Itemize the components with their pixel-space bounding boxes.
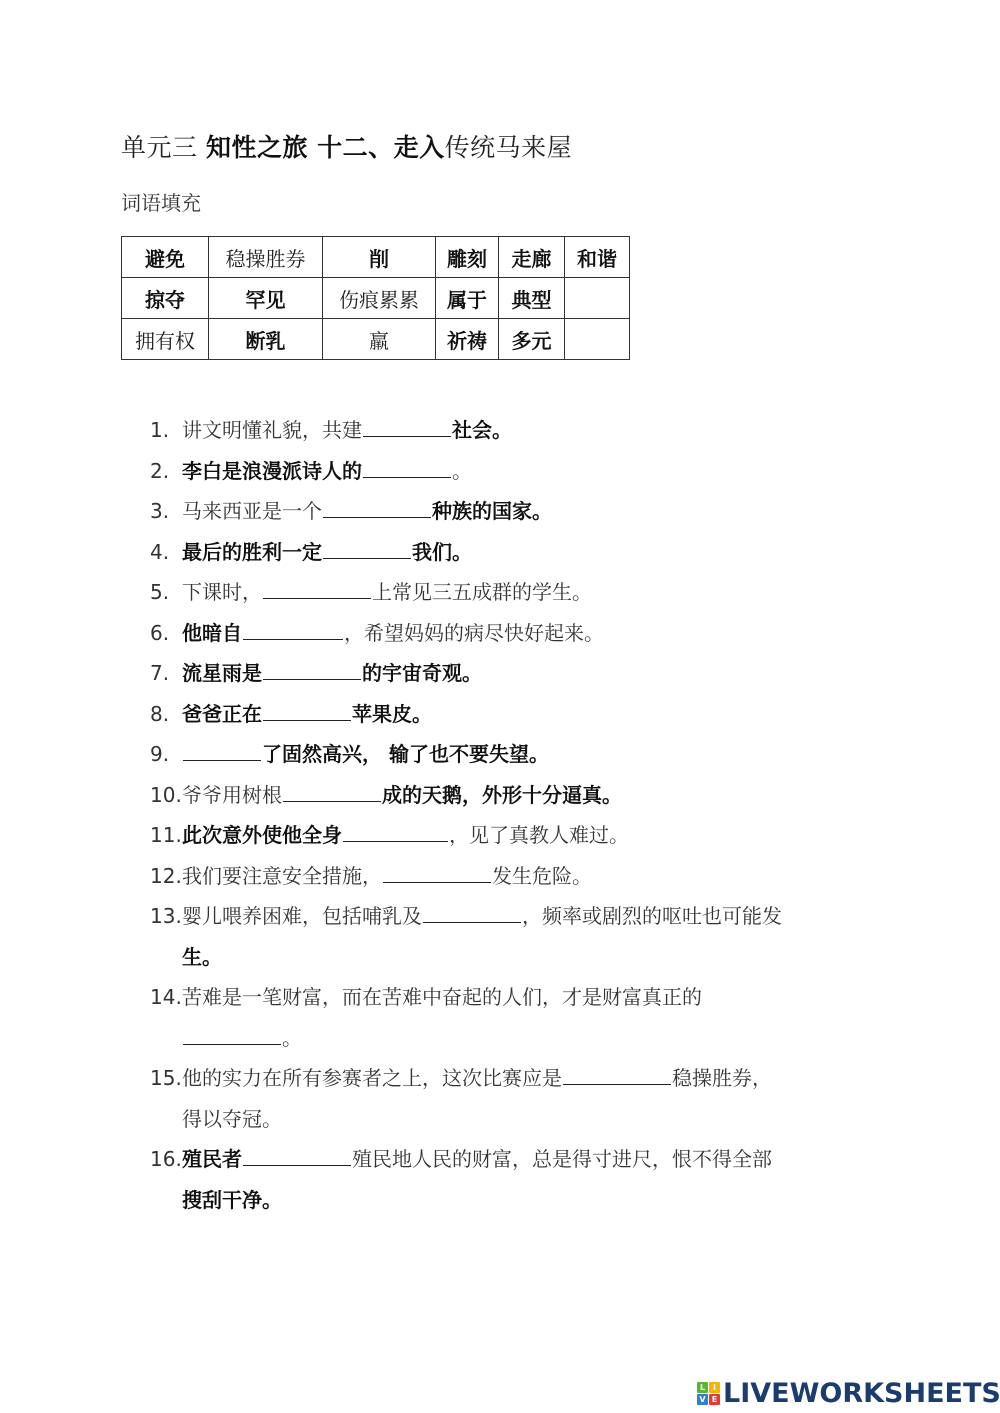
answer-blank[interactable] [243,1143,351,1166]
word-cell: 走廊 [499,237,565,278]
answer-blank[interactable] [423,900,521,923]
question-number: 15. [150,1058,182,1099]
table-row: 拥有权 断乳 羸 祈祷 多元 [122,319,630,360]
word-cell: 祈祷 [436,319,499,360]
word-cell [565,278,630,319]
word-cell: 多元 [499,319,565,360]
title-unit: 单元三 [121,133,206,162]
question-text: 下课时， [182,580,262,604]
question-text: 了固然高兴， 输了也不要失望。 [262,742,549,766]
question-text: 最后的胜利一定 [182,540,322,564]
question-16: 16. 殖民者殖民地人民的财富，总是得寸进尺，恨不得全部 搜刮干净。 [150,1139,880,1220]
question-text: 我们。 [412,540,472,564]
answer-blank[interactable] [383,860,491,883]
word-cell: 掠夺 [122,278,209,319]
question-text: 此次意外使他全身 [182,823,342,847]
question-number: 8. [150,694,169,735]
answer-blank[interactable] [243,617,343,640]
question-12: 12. 我们要注意安全措施，发生危险。 [150,856,880,897]
question-7: 7. 流星雨是的宇宙奇观。 [150,653,880,694]
question-9: 9. 了固然高兴， 输了也不要失望。 [150,734,880,775]
question-number: 4. [150,532,169,573]
question-text: 稳操胜券， [672,1066,772,1090]
answer-blank[interactable] [183,738,261,761]
question-10: 10. 爷爷用树根成的天鹅，外形十分逼真。 [150,775,880,816]
question-text: 殖民地人民的财富，总是得寸进尺，恨不得全部 [352,1147,772,1171]
section-heading: 词语填充 [121,187,201,216]
answer-blank[interactable] [343,819,448,842]
answer-blank[interactable] [363,455,451,478]
word-cell [565,319,630,360]
answer-blank[interactable] [563,1062,671,1085]
question-15: 15. 他的实力在所有参赛者之上，这次比赛应是稳操胜券， 得以夺冠。 [150,1058,880,1139]
title-topic: 传统马来屋 [445,133,573,162]
question-text: 苹果皮。 [352,702,432,726]
question-4: 4. 最后的胜利一定我们。 [150,532,880,573]
question-number: 9. [150,734,169,775]
question-text: 李白是浪漫派诗人的 [182,459,362,483]
question-text: 流星雨是 [182,661,262,685]
question-8: 8. 爸爸正在苹果皮。 [150,694,880,735]
question-text: 婴儿喂养困难，包括哺乳及 [182,904,422,928]
word-cell: 伤痕累累 [323,278,436,319]
question-text: 上常见三五成群的学生。 [372,580,592,604]
answer-blank[interactable] [283,779,381,802]
question-text-continued: 。 [182,1018,880,1059]
word-bank-table: 避免 稳操胜券 削 雕刻 走廊 和谐 掠夺 罕见 伤痕累累 属于 典型 拥有权 … [121,236,630,360]
logo-letter-v: V [697,1394,708,1405]
question-text: 。 [282,1026,302,1050]
answer-blank[interactable] [183,1022,281,1045]
question-text: 爷爷用树根 [182,783,282,807]
question-text-continued: 生。 [182,937,880,978]
word-cell: 稳操胜券 [209,237,323,278]
question-11: 11. 此次意外使他全身，见了真教人难过。 [150,815,880,856]
question-text: 发生危险。 [492,864,592,888]
answer-blank[interactable] [263,698,351,721]
question-1: 1. 讲文明懂礼貌，共建社会。 [150,410,880,451]
question-text: ，见了真教人难过。 [449,823,629,847]
question-number: 11. [150,815,182,856]
question-number: 13. [150,896,182,937]
word-cell: 罕见 [209,278,323,319]
question-text: 苦难是一笔财富，而在苦难中奋起的人们，才是财富真正的 [182,985,702,1009]
question-text: 。 [452,459,472,483]
question-list: 1. 讲文明懂礼貌，共建社会。 2. 李白是浪漫派诗人的。 3. 马来西亚是一个… [150,410,880,1220]
word-cell: 削 [323,237,436,278]
table-row: 掠夺 罕见 伤痕累累 属于 典型 [122,278,630,319]
question-6: 6. 他暗自，希望妈妈的病尽快好起来。 [150,613,880,654]
answer-blank[interactable] [263,576,371,599]
question-number: 2. [150,451,169,492]
question-text-continued: 搜刮干净。 [182,1180,880,1221]
question-text: 殖民者 [182,1147,242,1171]
word-cell: 典型 [499,278,565,319]
page-title: 单元三 知性之旅 十二、走入传统马来屋 [121,128,572,164]
live-squares-icon: L I V E [697,1382,720,1405]
question-text: 他暗自 [182,621,242,645]
question-3: 3. 马来西亚是一个种族的国家。 [150,491,880,532]
question-text: 种族的国家。 [432,499,552,523]
question-text: 讲文明懂礼貌，共建 [182,418,362,442]
question-number: 16. [150,1139,182,1180]
answer-blank[interactable] [323,536,411,559]
question-text: ，希望妈妈的病尽快好起来。 [344,621,604,645]
question-text: 社会。 [452,418,512,442]
question-number: 3. [150,491,169,532]
question-number: 5. [150,572,169,613]
logo-text: LIVEWORKSHEETS [723,1378,1000,1409]
question-number: 7. [150,653,169,694]
question-2: 2. 李白是浪漫派诗人的。 [150,451,880,492]
question-text: ，频率或剧烈的呕吐也可能发 [522,904,782,928]
question-14: 14. 苦难是一笔财富，而在苦难中奋起的人们，才是财富真正的 。 [150,977,880,1058]
answer-blank[interactable] [323,495,431,518]
question-5: 5. 下课时，上常见三五成群的学生。 [150,572,880,613]
answer-blank[interactable] [363,414,451,437]
question-number: 12. [150,856,182,897]
word-cell: 断乳 [209,319,323,360]
question-number: 10. [150,775,182,816]
question-text-continued: 得以夺冠。 [182,1099,880,1140]
word-cell: 属于 [436,278,499,319]
question-number: 14. [150,977,182,1018]
question-text: 我们要注意安全措施， [182,864,382,888]
question-text: 他的实力在所有参赛者之上，这次比赛应是 [182,1066,562,1090]
question-text: 马来西亚是一个 [182,499,322,523]
table-row: 避免 稳操胜券 削 雕刻 走廊 和谐 [122,237,630,278]
answer-blank[interactable] [263,657,361,680]
word-cell: 羸 [323,319,436,360]
question-text: 成的天鹅，外形十分逼真。 [382,783,622,807]
logo-letter-e: E [709,1394,720,1405]
logo-letter-l: L [697,1382,708,1393]
word-cell: 和谐 [565,237,630,278]
question-number: 6. [150,613,169,654]
word-cell: 避免 [122,237,209,278]
liveworksheets-logo: L I V E LIVEWORKSHEETS [697,1378,1000,1408]
word-cell: 雕刻 [436,237,499,278]
question-text: 爸爸正在 [182,702,262,726]
word-cell: 拥有权 [122,319,209,360]
title-lesson: 知性之旅 十二、走入 [206,133,445,162]
question-number: 1. [150,410,169,451]
logo-letter-i: I [709,1382,720,1393]
question-text: 的宇宙奇观。 [362,661,482,685]
question-13: 13. 婴儿喂养困难，包括哺乳及，频率或剧烈的呕吐也可能发 生。 [150,896,880,977]
